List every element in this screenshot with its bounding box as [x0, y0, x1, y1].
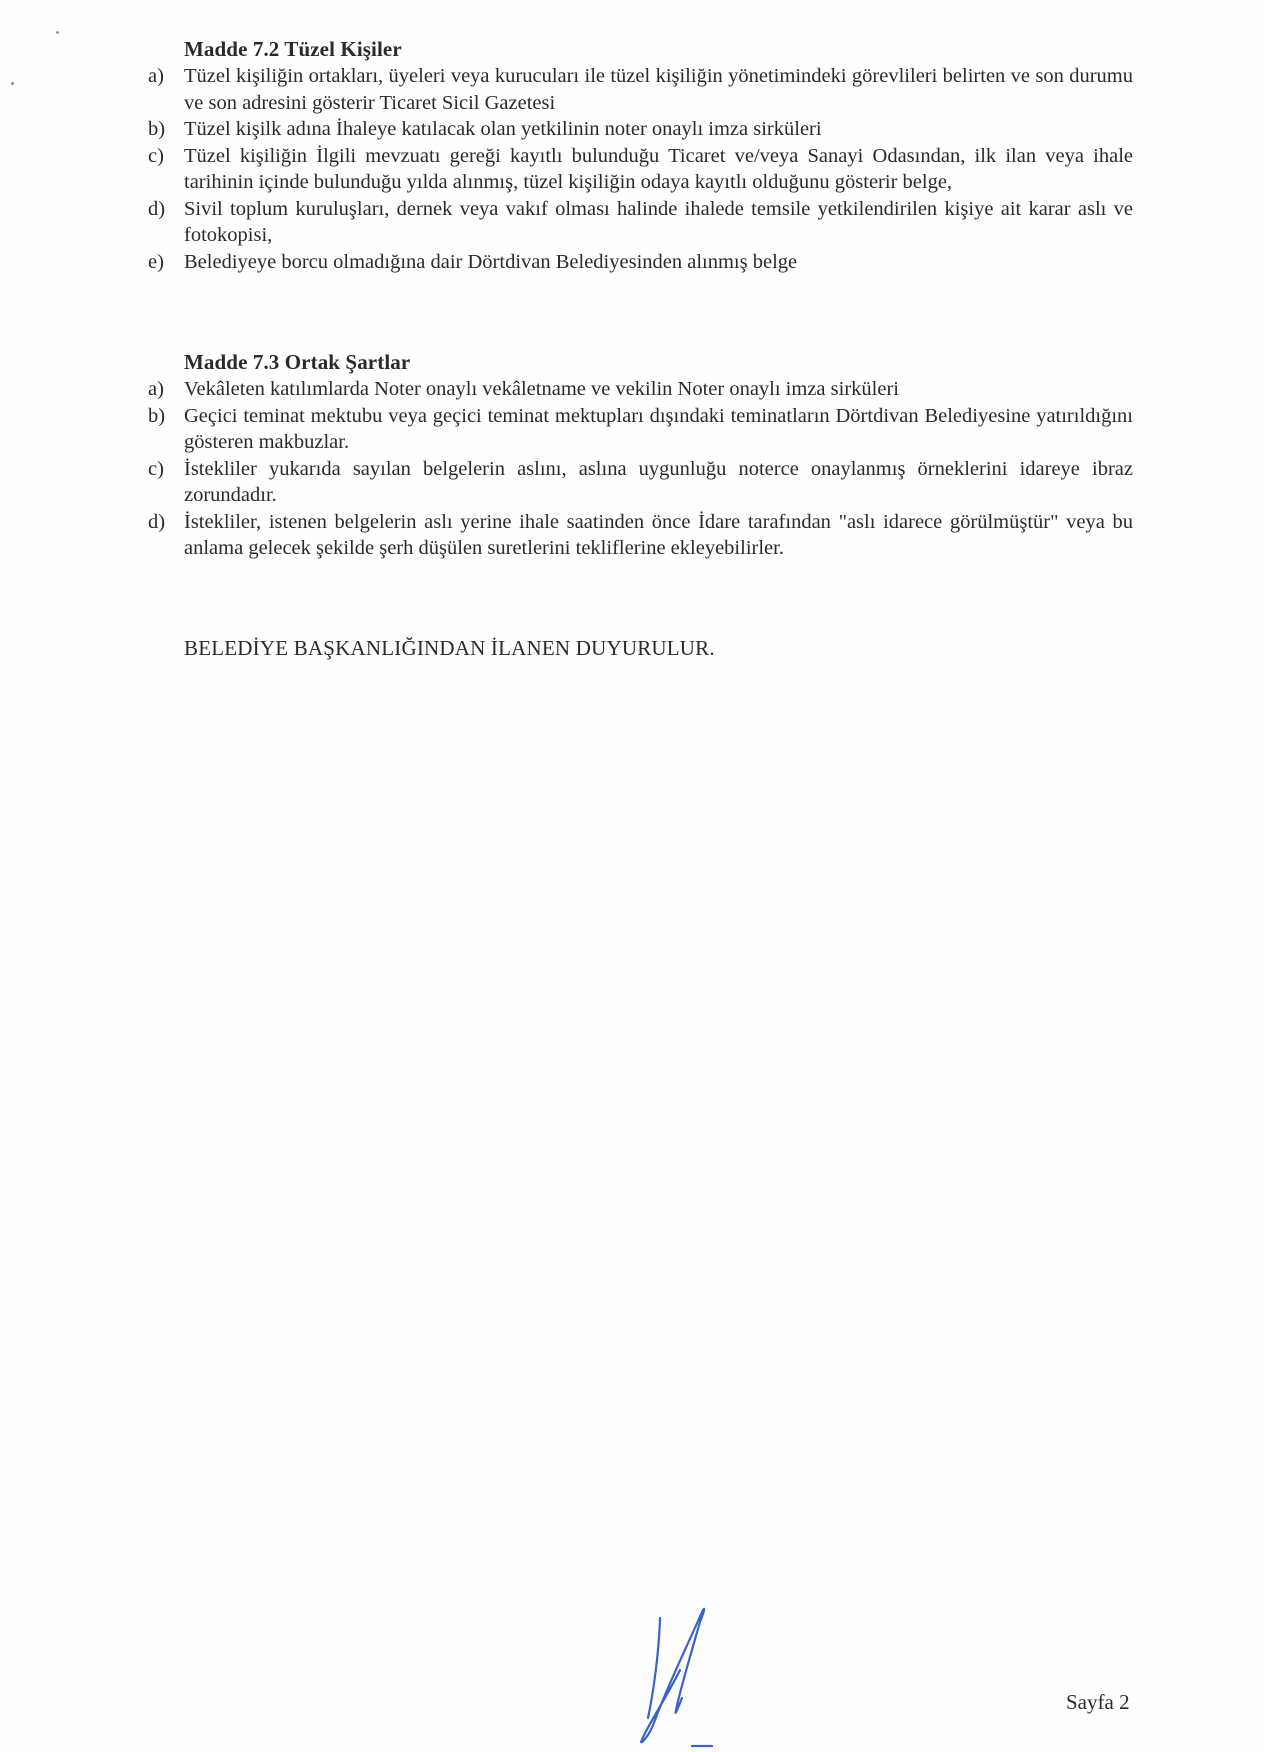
- item-marker: c): [148, 143, 184, 196]
- closing-announcement: BELEDİYE BAŞKANLIĞINDAN İLANEN DUYURULUR…: [184, 636, 715, 661]
- scan-speck: [56, 31, 59, 34]
- list-item: d) İstekliler, istenen belgelerin aslı y…: [148, 509, 1133, 562]
- scan-speck: [11, 82, 14, 85]
- list-item: c) İstekliler yukarıda sayılan belgeleri…: [148, 456, 1133, 509]
- list-item: e) Belediyeye borcu olmadığına dair Dört…: [148, 249, 1133, 276]
- section-7-2-tuzel-kisiler: Madde 7.2 Tüzel Kişiler a) Tüzel kişiliğ…: [148, 35, 1133, 275]
- item-text: Tüzel kişiliğin ortakları, üyeleri veya …: [184, 63, 1133, 116]
- list-item: d) Sivil toplum kuruluşları, dernek veya…: [148, 196, 1133, 249]
- item-marker: d): [148, 509, 184, 562]
- item-marker: c): [148, 456, 184, 509]
- item-text: Vekâleten katılımlarda Noter onaylı vekâ…: [184, 376, 1133, 403]
- section-heading: Madde 7.2 Tüzel Kişiler: [148, 35, 1133, 63]
- item-text: İstekliler, istenen belgelerin aslı yeri…: [184, 509, 1133, 562]
- list-item: c) Tüzel kişiliğin İlgili mevzuatı gereğ…: [148, 143, 1133, 196]
- page-number: Sayfa 2: [1066, 1690, 1130, 1715]
- section-7-3-ortak-sartlar: Madde 7.3 Ortak Şartlar a) Vekâleten kat…: [148, 348, 1133, 562]
- item-marker: e): [148, 249, 184, 276]
- list-item: a) Tüzel kişiliğin ortakları, üyeleri ve…: [148, 63, 1133, 116]
- list-item: b) Geçici teminat mektubu veya geçici te…: [148, 403, 1133, 456]
- item-marker: b): [148, 403, 184, 456]
- document-page: Madde 7.2 Tüzel Kişiler a) Tüzel kişiliğ…: [0, 0, 1264, 1752]
- item-marker: a): [148, 376, 184, 403]
- item-marker: d): [148, 196, 184, 249]
- list-item: b) Tüzel kişilk adına İhaleye katılacak …: [148, 116, 1133, 143]
- item-text: Sivil toplum kuruluşları, dernek veya va…: [184, 196, 1133, 249]
- list-item: a) Vekâleten katılımlarda Noter onaylı v…: [148, 376, 1133, 403]
- signature-icon: [630, 1600, 760, 1750]
- item-text: Belediyeye borcu olmadığına dair Dörtdiv…: [184, 249, 1133, 276]
- item-text: Tüzel kişilk adına İhaleye katılacak ola…: [184, 116, 1133, 143]
- item-marker: b): [148, 116, 184, 143]
- item-text: Geçici teminat mektubu veya geçici temin…: [184, 403, 1133, 456]
- item-text: Tüzel kişiliğin İlgili mevzuatı gereği k…: [184, 143, 1133, 196]
- item-text: İstekliler yukarıda sayılan belgelerin a…: [184, 456, 1133, 509]
- item-marker: a): [148, 63, 184, 116]
- section-heading: Madde 7.3 Ortak Şartlar: [148, 348, 1133, 376]
